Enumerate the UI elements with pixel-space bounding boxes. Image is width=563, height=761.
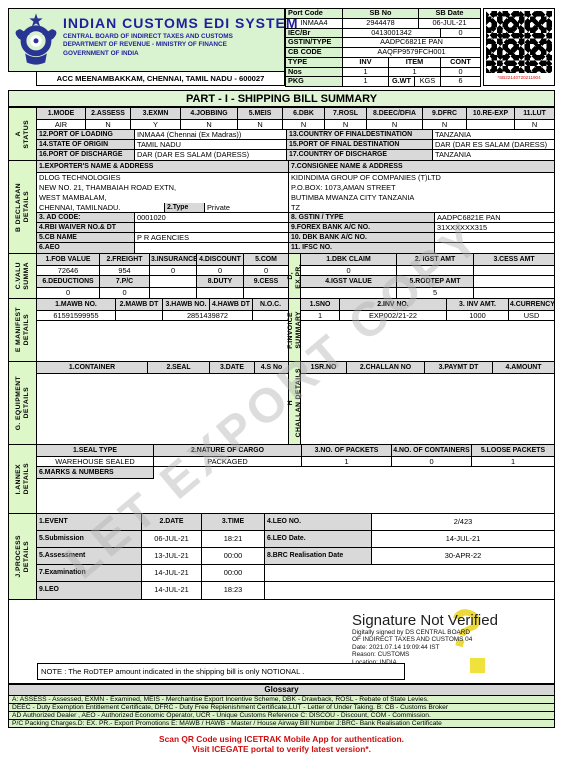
value-col-value: [243, 288, 288, 298]
event-date: 14-JUL-21: [141, 582, 201, 599]
document-header: INDIAN CUSTOMS EDI SYSTEM CENTRAL BOARD …: [8, 8, 555, 86]
nos-item-value: 1: [388, 68, 440, 77]
manifest-col-header: 4.HAWB DT: [209, 299, 252, 310]
status-col-header: 2.ASSESS: [85, 108, 130, 119]
glossary-line: AD Authorized Dealer , AEO - Authorized …: [9, 711, 554, 719]
section-j-process: J.PROCESS DETAILS 1.EVENT 2.DATE 3.TIME …: [9, 513, 554, 599]
field-value: AADPC6821E PAN: [434, 213, 554, 222]
value-col-value: 954: [99, 266, 149, 275]
equipment-col-header: 1.CONTAINER: [37, 362, 147, 373]
value-col-value: 0: [149, 266, 196, 275]
status-col-value: [466, 120, 514, 129]
status-col-header: 10.RE-EXP: [466, 108, 514, 119]
section-b-label: B DECLARAN DETAILS: [9, 161, 37, 253]
value-col-header: 5.COM: [243, 254, 288, 265]
summary-grid: A STATUS 1.MODE 2.ASSESS 3.EXMN 4.JOBBIN…: [8, 107, 555, 600]
nos-cont-value: 0: [440, 68, 480, 77]
gwt-unit: KGS: [414, 77, 440, 86]
value-col-value: 72646: [37, 266, 99, 275]
customs-station-line: ACC MEENAMBAKKAM, CHENNAI, TAMIL NADU - …: [36, 72, 285, 86]
noc-value: [252, 311, 288, 320]
annex-col-value: WAREHOUSE SEALED: [37, 457, 153, 466]
challan-col-header: 1SR.NO: [301, 362, 346, 373]
value-col-header: 2.FREIGHT: [99, 254, 149, 265]
section-f-label: F.INVOICE SUMMARY: [288, 299, 301, 361]
status-col-value: AIR: [37, 120, 85, 129]
event-time: 18:21: [201, 531, 264, 547]
leo-no-value: 2/423: [371, 514, 554, 530]
marks-numbers-value: [153, 467, 554, 479]
manifest-empty-area: [37, 321, 288, 361]
mawb-no-value: 61591599955: [37, 311, 115, 320]
field-value: DAR (DAR ES SALAM (DARESS): [432, 140, 554, 149]
cont-header: CONT: [440, 58, 480, 67]
status-col-header: 6.DBK: [282, 108, 324, 119]
org-box: INDIAN CUSTOMS EDI SYSTEM CENTRAL BOARD …: [8, 8, 285, 72]
invoice-empty-area: [301, 321, 554, 361]
nos-inv-value: 1: [342, 68, 388, 77]
iec-label: IEC/Br: [286, 29, 342, 38]
field-label: 12.PORT OF LOADING: [37, 130, 134, 139]
value-col-value: 0: [243, 266, 288, 275]
value-col-value: 0: [37, 288, 99, 298]
sb-info-table: Port Code SB No SB Date INMAA4 2944478 0…: [285, 8, 481, 87]
inv-header: INV: [342, 58, 388, 67]
manifest-col-header: N.O.C.: [252, 299, 288, 310]
gwt-label: G.WT: [388, 77, 414, 86]
section-g-equipment: G. EQUIPMENT DETAILS 1.CONTAINER 2.SEAL …: [9, 361, 554, 444]
leo-no-label: 4.LEO NO.: [264, 514, 371, 530]
iec-value: 0413001342: [342, 29, 440, 38]
org-title: INDIAN CUSTOMS EDI SYSTEM: [63, 15, 299, 31]
event-extra-label: 6.LEO Date.: [264, 531, 371, 547]
info-type-row: TYPE INV ITEM CONT: [286, 58, 480, 68]
annex-empty-area: [37, 479, 554, 513]
part1-title: PART - I - SHIPPING BILL SUMMARY: [8, 90, 555, 107]
field-label: 13.COUNTRY OF FINALDESTINATION: [286, 130, 432, 139]
section-a-label: A STATUS: [9, 108, 37, 160]
event-label: 7.Examination: [37, 565, 141, 581]
consignee-header: 7.CONSIGNEE NAME & ADDRESS: [288, 161, 554, 172]
exp-col-value: 5: [396, 288, 473, 298]
invoice-col-header: 2.INV NO.: [339, 299, 446, 310]
gstin-label: GSTIN/TYPE: [286, 38, 342, 47]
field-label: 5.CB NAME: [37, 233, 134, 242]
section-i-label: I.ANNEX DETAILS: [9, 445, 37, 513]
shipping-bill-document: INDIAN CUSTOMS EDI SYSTEM CENTRAL BOARD …: [8, 8, 555, 754]
event-time: 18:23: [201, 582, 264, 599]
challan-col-header: 4.AMOUNT: [492, 362, 554, 373]
exp-col-value: 0: [301, 266, 396, 275]
field-value: TANZANIA: [432, 130, 554, 139]
field-value: [134, 243, 288, 253]
section-d-label-line2: EX.PR.: [295, 264, 303, 289]
sb-no-value: 2944478: [342, 19, 418, 28]
exporter-type-label: 2.Type: [164, 203, 204, 212]
pkg-value: 1: [342, 77, 388, 86]
time-col-header: 3.TIME: [201, 514, 264, 530]
exporter-type-value: Private: [204, 203, 288, 212]
status-col-header: 4.JOBBING: [180, 108, 237, 119]
mawb-dt-value: [115, 311, 162, 320]
status-col-header: 3.EXMN: [130, 108, 180, 119]
info-pkg-row: PKG 1 G.WT KGS 6: [286, 77, 480, 87]
glossary-line: A: ASSESS - Assessed, EXMN - Examined, M…: [9, 695, 554, 703]
event-date: 14-JUL-21: [141, 565, 201, 581]
value-col-value: 0: [99, 288, 149, 298]
section-e-label-line2: DETAILS: [23, 314, 31, 345]
event-date: 13-JUL-21: [141, 548, 201, 564]
annex-col-header: 4.NO. OF CONTAINERS: [391, 445, 471, 456]
sb-date-header: SB Date: [418, 9, 480, 18]
invoice-col-value: 1000: [446, 311, 508, 320]
status-col-value: N: [422, 120, 466, 129]
section-a-status: A STATUS 1.MODE 2.ASSESS 3.EXMN 4.JOBBIN…: [9, 107, 554, 160]
footer-instructions: Scan QR Code using ICETRAK Mobile App fo…: [8, 734, 555, 754]
event-extra-value: 14-JUL-21: [371, 531, 554, 547]
item-header: ITEM: [388, 58, 440, 67]
value-col-header: 1.FOB VALUE: [37, 254, 99, 265]
field-value: [134, 223, 288, 232]
annex-col-header: 2.NATURE OF CARGO: [153, 445, 301, 456]
value-col-header: 9.CESS: [243, 276, 288, 287]
type-label: TYPE: [286, 58, 342, 67]
invoice-col-header: 4.CURRENCY: [508, 299, 554, 310]
section-f-label-line2: SUMMARY: [295, 311, 303, 349]
section-e-label: E MANIFEST DETAILS: [9, 299, 37, 361]
field-label: 14.STATE OF ORIGIN: [37, 140, 134, 149]
field-label: 9.FOREX BANK A/C NO.: [288, 223, 434, 232]
exp-col-header: 2. IGST AMT: [396, 254, 473, 265]
signature-detail-line: Date: 2021.07.14 19:09:44 IST: [352, 644, 544, 651]
field-value: P R AGENCIES: [134, 233, 288, 242]
glossary: Glossary A: ASSESS - Assessed, EXMN - Ex…: [8, 684, 555, 728]
exp-col-header: 4.IGST VALUE: [301, 276, 396, 287]
status-col-value: N: [514, 120, 554, 129]
field-label: 11. IFSC NO.: [288, 243, 434, 253]
status-col-header: 9.DFRC: [422, 108, 466, 119]
exporter-header: 1.EXPORTER'S NAME & ADDRESS: [37, 161, 288, 172]
event-date: 06-JUL-21: [141, 531, 201, 547]
signature-status: Signature Not Verified: [352, 612, 544, 629]
field-label: 15.PORT OF FINAL DESTINATION: [286, 140, 432, 149]
field-value: INMAA4 (Chennai (Ex Madras)): [134, 130, 286, 139]
field-label: 8. GSTIN / TYPE: [288, 213, 434, 222]
consignee-address-line: TZ: [288, 203, 554, 212]
exporter-address-line: CHENNAI, TAMILNADU.: [37, 203, 164, 212]
glossary-line: DEEC - Duty Exemption Entitlement Certif…: [9, 703, 554, 711]
field-label: 4.RBI WAIVER NO.& DT: [37, 223, 134, 232]
equipment-col-header: 4.S No: [254, 362, 288, 373]
event-label: 5.Submission: [37, 531, 141, 547]
annex-col-header: 5.LOOSE PACKETS: [471, 445, 554, 456]
status-col-value: N: [324, 120, 366, 129]
section-c-label: C.VALU SUMMA: [9, 254, 37, 298]
field-value: 31XXXXXX315: [434, 223, 554, 232]
section-i-annex: I.ANNEX DETAILS 1.SEAL TYPE 2.NATURE OF …: [9, 444, 554, 513]
customs-emblem-icon: [11, 11, 61, 69]
qr-code-icon: [486, 11, 552, 73]
exp-col-header: 1.DBK CLAIM: [301, 254, 396, 265]
section-i-label-line2: DETAILS: [23, 463, 31, 494]
section-g-label-line2: DETAILS: [23, 387, 31, 418]
signature-detail-line: Location: INDIA: [352, 659, 544, 666]
status-col-header: 1.MODE: [37, 108, 85, 119]
info-gstin-row: GSTIN/TYPE AADPC6821E PAN: [286, 38, 480, 48]
hawb-no-value: 2851439872: [162, 311, 252, 320]
section-a-label-line1: A: [15, 131, 23, 136]
annex-col-header: 3.NO. OF PACKETS: [301, 445, 391, 456]
port-code-header: Port Code: [286, 9, 342, 18]
info-nos-row: Nos 1 1 0: [286, 68, 480, 78]
customs-emblem-logo: [11, 10, 61, 70]
org-block: INDIAN CUSTOMS EDI SYSTEM CENTRAL BOARD …: [8, 8, 285, 86]
section-d-label: D, EX.PR.: [288, 254, 301, 298]
gstin-value: AADPC6821E PAN: [342, 38, 480, 47]
consignee-address-line: KIDINDIMA GROUP OF COMPANIES (T)LTD: [288, 173, 554, 183]
section-a-label-line2: STATUS: [23, 120, 31, 149]
status-col-header: 7.ROSL: [324, 108, 366, 119]
signature-detail-line: Digitally signed by DS CENTRAL BOARD: [352, 629, 544, 636]
exp-col-value: [473, 266, 554, 275]
section-d-label-line1: D,: [287, 272, 295, 280]
exp-col-header: 3.CESS AMT: [473, 254, 554, 265]
section-b-label-line2: DETAILS: [23, 191, 31, 222]
challan-col-header: 3.PAYMT DT: [424, 362, 492, 373]
section-g-label-line1: G. EQUIPMENT: [15, 376, 23, 430]
field-value: [434, 233, 554, 242]
field-label: 17.COUNTRY OF DISCHARGE: [286, 150, 432, 160]
value-col-header: 8.DUTY: [196, 276, 243, 287]
invoice-col-value: 1: [301, 311, 339, 320]
org-subtitle-2: DEPARTMENT OF REVENUE - MINISTRY OF FINA…: [63, 41, 299, 48]
status-col-value: N: [237, 120, 282, 129]
section-j-label-line1: J.PROCESS: [15, 535, 23, 578]
event-label: 5.Assessment: [37, 548, 141, 564]
section-i-label-line1: I.ANNEX: [15, 464, 23, 494]
section-h-label-line1: H: [287, 400, 295, 405]
challan-col-header: 2.CHALLAN NO: [346, 362, 424, 373]
field-value: 0001020: [134, 213, 288, 222]
status-col-header: 8.DEEC/DFIA: [366, 108, 422, 119]
event-label: 9.LEO: [37, 582, 141, 599]
value-col-header: 4.DISCOUNT: [196, 254, 243, 265]
field-label: 6.AEO: [37, 243, 134, 253]
status-col-value: N: [366, 120, 422, 129]
event-time: 00:00: [201, 565, 264, 581]
section-j-label: J.PROCESS DETAILS: [9, 514, 37, 599]
value-col-value: [149, 288, 196, 298]
info-iec-row: IEC/Br 0413001342 0: [286, 29, 480, 39]
info-cb-row: CB CODE AAQFP9579FCH001: [286, 48, 480, 58]
info-header-row: Port Code SB No SB Date: [286, 9, 480, 19]
annex-col-value: 1: [301, 457, 391, 466]
invoice-col-header: 1.SNO: [301, 299, 339, 310]
cb-code-value: AAQFP9579FCH001: [342, 48, 480, 57]
exp-col-value: [396, 266, 473, 275]
footer-line-2: Visit ICEGATE portal to verify latest ve…: [8, 744, 555, 754]
field-value: TANZANIA: [432, 150, 554, 160]
exporter-address-line: WEST MAMBALAM,: [37, 193, 288, 203]
section-c-label-line1: C.VALU: [15, 262, 23, 289]
section-h-label: H CHALLAN DETAILS: [288, 362, 301, 444]
invoice-col-value: USD: [508, 311, 554, 320]
section-b-declarant: B DECLARAN DETAILS 1.EXPORTER'S NAME & A…: [9, 160, 554, 253]
equipment-col-header: 3.DATE: [209, 362, 254, 373]
event-extra-empty: [264, 582, 554, 599]
status-col-header: 5.MEIS: [237, 108, 282, 119]
invoice-col-header: 3. INV AMT.: [446, 299, 508, 310]
challan-empty-area: [301, 374, 554, 444]
qr-caption: *SB22140720211904: [486, 75, 552, 80]
signature-detail-line: OF INDIRECT TAXES AND CUSTOMS 04: [352, 636, 544, 643]
nos-label: Nos: [286, 68, 342, 77]
value-col-spacer: [149, 276, 196, 287]
org-subtitle-1: CENTRAL BOARD OF INDIRECT TAXES AND CUST…: [63, 33, 299, 40]
footer-line-1: Scan QR Code using ICETRAK Mobile App fo…: [8, 734, 555, 744]
info-port-row: INMAA4 2944478 06-JUL-21: [286, 19, 480, 29]
field-value: TAMIL NADU: [134, 140, 286, 149]
sb-date-value: 06-JUL-21: [418, 19, 480, 28]
section-b-label-line1: B DECLARAN: [15, 183, 23, 232]
event-extra-value: 30-APR-22: [371, 548, 554, 564]
invoice-col-value: EXP002/21-22: [339, 311, 446, 320]
annex-col-value: 0: [391, 457, 471, 466]
cb-code-label: CB CODE: [286, 48, 342, 57]
exp-col-header: 5.RODTEP AMT: [396, 276, 473, 287]
event-extra-label: 8.BRC Realisation Date: [264, 548, 371, 564]
marks-numbers-label: 6.MARKS & NUMBERS: [37, 467, 153, 479]
annex-col-header: 1.SEAL TYPE: [37, 445, 153, 456]
annex-col-value: PACKAGED: [153, 457, 301, 466]
status-col-value: N: [85, 120, 130, 129]
section-j-label-line2: DETAILS: [23, 541, 31, 572]
manifest-col-header: 2.MAWB DT: [115, 299, 162, 310]
equipment-empty-area: [37, 374, 288, 444]
event-extra-empty: [264, 565, 554, 581]
field-value: [434, 243, 554, 253]
consignee-address-line: P.O.BOX: 1073,AMAN STREET: [288, 183, 554, 193]
sb-no-header: SB No: [342, 9, 418, 18]
pkg-label: PKG: [286, 77, 342, 86]
section-e-label-line1: E MANIFEST: [15, 307, 23, 352]
org-text: INDIAN CUSTOMS EDI SYSTEM CENTRAL BOARD …: [61, 10, 299, 70]
value-col-value: [196, 288, 243, 298]
value-col-value: 0: [196, 266, 243, 275]
rodtep-note: NOTE : The RoDTEP amount indicated in th…: [37, 663, 405, 680]
exporter-address-line: DLOG TECHNOLOGIES: [37, 173, 288, 183]
manifest-col-header: 3.HAWB NO.: [162, 299, 209, 310]
section-c-label-line2: SUMMA: [23, 262, 31, 290]
glossary-line: P/C Packing Charges.D: EX. PR.- Export P…: [9, 719, 554, 727]
date-col-header: 2.DATE: [141, 514, 201, 530]
event-col-header: 1.EVENT: [37, 514, 141, 530]
org-subtitle-3: GOVERNMENT OF INDIA: [63, 50, 299, 57]
section-c-value-summary: C.VALU SUMMA 1.FOB VALUE 2.FREIGHT 3.INS…: [9, 253, 554, 298]
section-f-label-line1: F.INVOICE: [287, 312, 295, 349]
exp-col-spacer: [473, 276, 554, 287]
field-value: DAR (DAR ES SALAM (DARESS): [134, 150, 286, 160]
consignee-address-line: BUTIMBA MWANZA CITY TANZANIA: [288, 193, 554, 203]
equipment-col-header: 2.SEAL: [147, 362, 209, 373]
status-col-header: 11.LUT: [514, 108, 554, 119]
gwt-value: 6: [440, 77, 480, 86]
glossary-title: Glossary: [9, 685, 554, 695]
value-col-header: 3.INSURANCE: [149, 254, 196, 265]
section-e-manifest: E MANIFEST DETAILS 1.MAWB NO. 2.MAWB DT …: [9, 298, 554, 361]
field-label: 16.PORT OF DISCHARGE: [37, 150, 134, 160]
exp-col-value: [301, 288, 396, 298]
manifest-col-header: 1.MAWB NO.: [37, 299, 115, 310]
event-time: 00:00: [201, 548, 264, 564]
signature-block: ? Signature Not Verified Digitally signe…: [352, 612, 544, 666]
value-col-header: 6.DEDUCTIONS: [37, 276, 99, 287]
section-g-label: G. EQUIPMENT DETAILS: [9, 362, 37, 444]
qr-block: *SB22140720211904: [483, 8, 555, 86]
status-col-value: N: [180, 120, 237, 129]
exp-col-value: [473, 288, 554, 298]
iec-br-value: 0: [440, 29, 480, 38]
bottom-area: ? Signature Not Verified Digitally signe…: [8, 600, 555, 684]
signature-detail-line: Reason: CUSTOMS: [352, 651, 544, 658]
status-col-value: N: [282, 120, 324, 129]
section-h-label-line2: CHALLAN DETAILS: [295, 368, 303, 437]
exporter-address-line: NEW NO. 21, THAMBAIAH ROAD EXTN,: [37, 183, 288, 193]
status-col-value: Y: [130, 120, 180, 129]
port-code-value: INMAA4: [286, 19, 342, 28]
value-col-header: 7.P/C: [99, 276, 149, 287]
field-label: 10. DBK BANK A/C NO.: [288, 233, 434, 242]
annex-col-value: 1: [471, 457, 554, 466]
field-label: 3. AD CODE:: [37, 213, 134, 222]
